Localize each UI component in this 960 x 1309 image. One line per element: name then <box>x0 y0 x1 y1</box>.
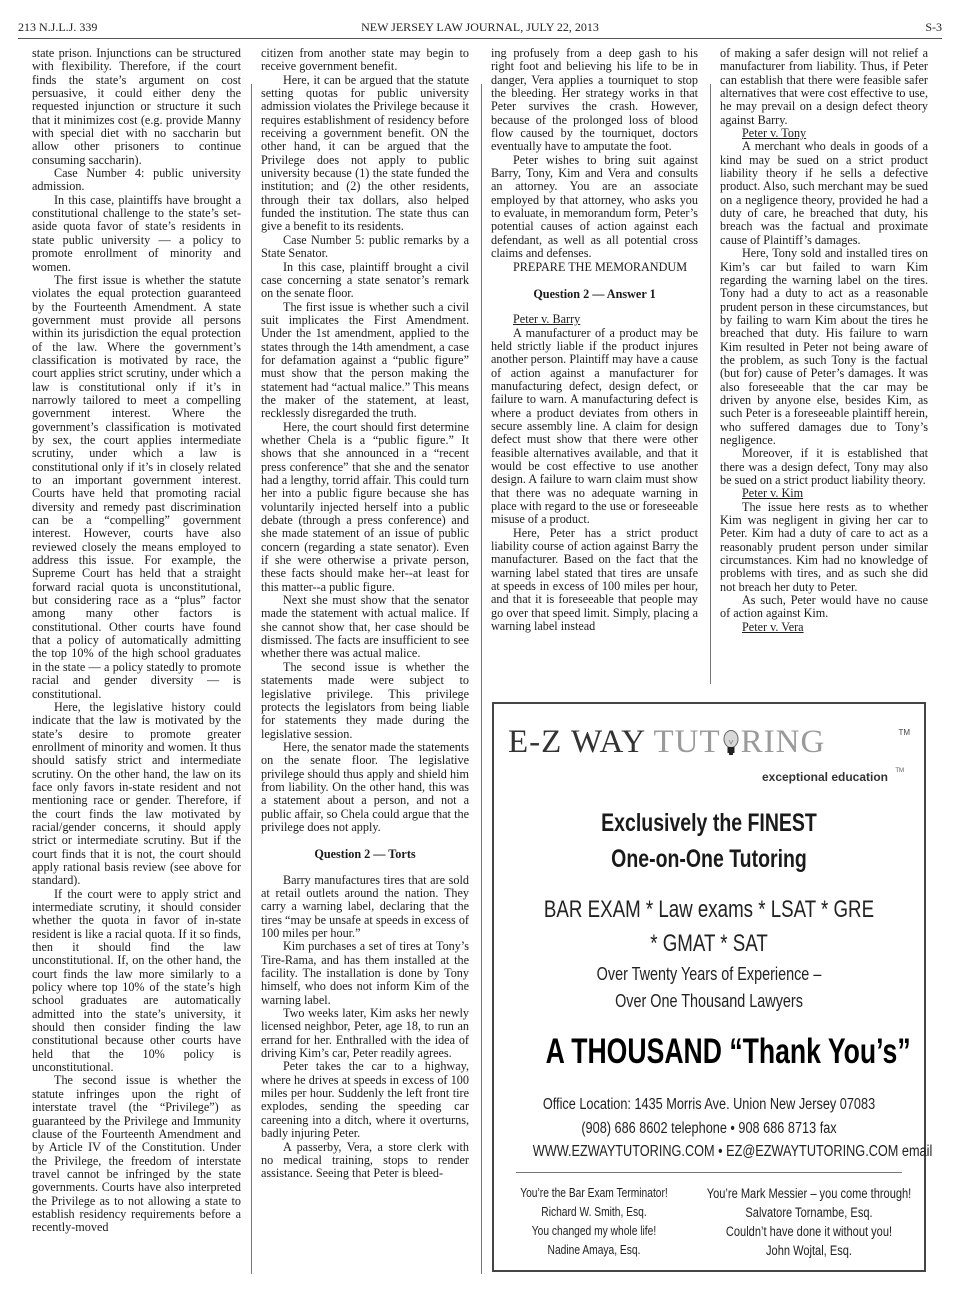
article-paragraph: In this case, plaintiffs have brought a … <box>32 194 241 274</box>
section-heading: Question 2 — Answer 1 <box>491 288 698 301</box>
article-paragraph: state prison. Injunctions can be structu… <box>32 47 241 167</box>
article-paragraph: The second issue is whether the statute … <box>32 1074 241 1234</box>
ad-logo: E-Z WAY TUTRING <box>508 724 825 761</box>
article-paragraph: The first issue is whether such a civil … <box>261 301 469 421</box>
testimonial-quote: You changed my whole life! <box>512 1222 676 1241</box>
article-paragraph: The first issue is whether the statute v… <box>32 274 241 701</box>
article-paragraph: The issue here rests as to whether Kim w… <box>720 501 928 594</box>
column-divider <box>251 84 252 1274</box>
ad-phone: (908) 686 8602 telephone • 908 686 8713 … <box>533 1120 886 1138</box>
testimonial-author: Salvatore Tornambe, Esq. <box>707 1203 912 1222</box>
article-paragraph: A manufacturer of a product may be held … <box>491 327 698 527</box>
case-subheading: Peter v. Barry <box>491 313 698 326</box>
case-subheading: Peter v. Kim <box>720 487 928 500</box>
article-paragraph: Here, it can be argued that the statute … <box>261 74 469 234</box>
publication-title: NEW JERSEY LAW JOURNAL, JULY 22, 2013 <box>18 20 942 35</box>
ad-divider <box>516 1172 902 1173</box>
tutoring-advertisement: E-Z WAY TUTRING TM exceptional education… <box>492 702 926 1272</box>
logo-text-light-2: RING <box>741 724 826 760</box>
column-divider <box>481 84 482 1274</box>
article-paragraph: The second issue is whether the statemen… <box>261 661 469 741</box>
article-paragraph: Two weeks later, Kim asks her newly lice… <box>261 1007 469 1060</box>
article-paragraph: Peter wishes to bring suit against Barry… <box>491 154 698 261</box>
ad-tagline: exceptional education <box>762 770 888 784</box>
article-paragraph: Case Number 4: public university admissi… <box>32 167 241 194</box>
ad-experience: Over Twenty Years of Experience – <box>537 964 881 985</box>
article-paragraph: A merchant who deals in goods of a kind … <box>720 140 928 247</box>
article-paragraph: Case Number 5: public remarks by a State… <box>261 234 469 261</box>
page-number: S-3 <box>925 20 942 35</box>
trademark: TM <box>895 768 904 774</box>
page-header: 213 N.J.L.J. 339 NEW JERSEY LAW JOURNAL,… <box>18 20 942 39</box>
ad-headline: One-on-One Tutoring <box>541 845 876 874</box>
ad-experience: Over One Thousand Lawyers <box>537 991 881 1012</box>
logo-text-dark: E-Z WAY <box>508 724 645 760</box>
article-paragraph: of making a safer design will not relief… <box>720 47 928 127</box>
article-paragraph: citizen from another state may begin to … <box>261 47 469 74</box>
lightbulb-icon <box>723 728 739 754</box>
article-paragraph: Peter takes the car to a highway, where … <box>261 1060 469 1140</box>
ad-exams: BAR EXAM * Law exams * LSAT * GRE <box>541 896 876 924</box>
testimonial-author: Nadine Amaya, Esq. <box>512 1241 676 1260</box>
testimonial-quote: Couldn’t have done it without you! <box>707 1222 912 1241</box>
column-3: ing profusely from a deep gash to his ri… <box>491 47 698 633</box>
article-paragraph: Here, the legislative history could indi… <box>32 701 241 888</box>
article-paragraph: PREPARE THE MEMORANDUM <box>491 261 698 274</box>
article-paragraph: Here, Peter has a strict product liabili… <box>491 527 698 634</box>
ad-thanks: A THOUSAND “Thank You’s” <box>546 1032 873 1072</box>
column-4: of making a safer design will not relief… <box>720 47 928 634</box>
column-2: citizen from another state may begin to … <box>261 47 469 1181</box>
article-paragraph: Here, Tony sold and installed tires on K… <box>720 247 928 447</box>
testimonial-quote: You’re the Bar Exam Terminator! <box>512 1184 676 1203</box>
article-paragraph: In this case, plaintiff brought a civil … <box>261 261 469 301</box>
case-subheading: Peter v. Tony <box>720 127 928 140</box>
article-paragraph: Moreover, if it is established that ther… <box>720 447 928 487</box>
testimonial-author: Richard W. Smith, Esq. <box>512 1203 676 1222</box>
testimonial-quote: You’re Mark Messier – you come through! <box>707 1184 912 1203</box>
article-paragraph: Next she must show that the senator made… <box>261 594 469 661</box>
testimonials-left: You’re the Bar Exam Terminator! Richard … <box>512 1184 676 1260</box>
article-paragraph: Here, the senator made the statements on… <box>261 741 469 834</box>
article-paragraph: As such, Peter would have no cause of ac… <box>720 594 928 621</box>
testimonials-right: You’re Mark Messier – you come through! … <box>707 1184 912 1260</box>
article-paragraph: Kim purchases a set of tires at Tony’s T… <box>261 940 469 1007</box>
testimonial-author: John Wojtal, Esq. <box>707 1241 912 1260</box>
case-subheading: Peter v. Vera <box>720 621 928 634</box>
article-paragraph: A passerby, Vera, a store clerk with no … <box>261 1141 469 1181</box>
section-heading: Question 2 — Torts <box>261 848 469 861</box>
article-paragraph: ing profusely from a deep gash to his ri… <box>491 47 698 154</box>
ad-headline: Exclusively the FINEST <box>541 809 876 838</box>
trademark: TM <box>898 728 910 737</box>
article-paragraph: Barry manufactures tires that are sold a… <box>261 874 469 941</box>
article-paragraph: Here, the court should first determine w… <box>261 421 469 594</box>
ad-web-email: WWW.EZWAYTUTORING.COM • EZ@EZWAYTUTORING… <box>533 1143 886 1161</box>
column-1: state prison. Injunctions can be structu… <box>32 47 241 1235</box>
ad-office-location: Office Location: 1435 Morris Ave. Union … <box>533 1096 886 1114</box>
ad-exams: * GMAT * SAT <box>541 930 876 958</box>
logo-text-light: TUT <box>654 724 721 760</box>
column-divider <box>710 84 711 684</box>
article-paragraph: If the court were to apply strict and in… <box>32 888 241 1075</box>
